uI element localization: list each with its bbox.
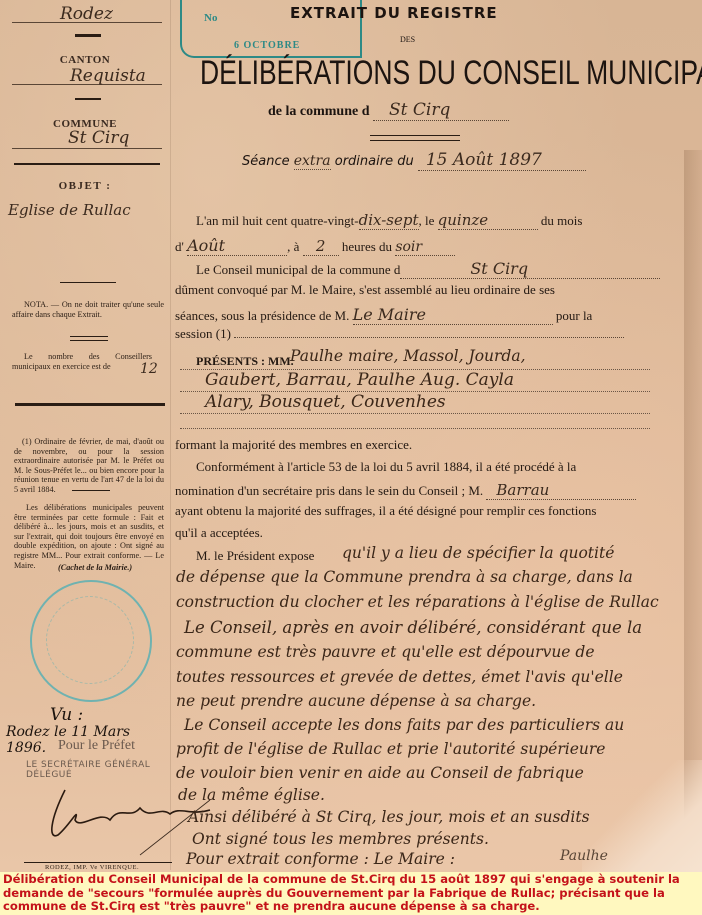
- session-text: session (1): [175, 326, 231, 341]
- body-line-conseil: Le Conseil municipal de la commune dSt C…: [196, 259, 676, 279]
- presents-names-2: Gaubert, Barrau, Paulhe Aug. Cayla: [205, 370, 514, 390]
- nomination-text: nomination d'un secrétaire pris dans le …: [175, 483, 483, 498]
- hour-handwritten: 2: [303, 237, 339, 256]
- expose-line-2: de dépense que la Commune prendra à sa c…: [176, 568, 633, 586]
- conseillers-count: 12: [140, 361, 158, 377]
- body-line-convoque: dûment convoqué par M. le Maire, s'est a…: [175, 282, 655, 298]
- presents-names-3: Alary, Bousquet, Couvenhes: [205, 392, 446, 412]
- conformement-line-3: ayant obtenu la majorité des suffrages, …: [175, 503, 655, 519]
- day-handwritten: quinze: [438, 211, 538, 230]
- expose-line-10: de vouloir bien venir en aide au Conseil…: [176, 764, 584, 782]
- ornament-rule: [72, 490, 110, 491]
- dotted-line: [180, 390, 650, 392]
- majorite-line: formant la majorité des membres en exerc…: [175, 437, 655, 453]
- objet-label: OBJET :: [0, 180, 170, 192]
- body-line-year: L'an mil huit cent quatre-vingt-dix-sept…: [196, 211, 676, 230]
- seance-type-handwritten: extra: [294, 153, 331, 170]
- time-of-day-label: heures du: [342, 239, 392, 254]
- commune-value: St Cirq: [68, 128, 129, 148]
- session-blank: [234, 337, 624, 338]
- pour-la-text: pour la: [556, 308, 592, 323]
- mairie-seal-stamp: [30, 580, 152, 702]
- expose-line-11: de la même église.: [178, 786, 325, 804]
- image-caption: Délibération du Conseil Municipal de la …: [0, 872, 702, 915]
- year-handwritten: dix-sept: [359, 211, 419, 230]
- conformement-line-2: nomination d'un secrétaire pris dans le …: [175, 481, 655, 500]
- conseil-commune-handwritten: St Cirq: [400, 259, 660, 279]
- commune-label-text: de la commune d: [268, 104, 370, 119]
- seance-ordinaire-label: ordinaire du: [335, 154, 414, 169]
- time-of-day-handwritten: soir: [395, 239, 455, 256]
- footnote-formule: Les délibérations municipales peuvent êt…: [14, 503, 164, 570]
- conformement-line-1: Conformément à l'article 53 de la loi du…: [196, 459, 676, 475]
- presents-label: PRÉSENTS : MM.: [196, 354, 294, 368]
- approval-vu: Vu :: [50, 705, 83, 725]
- presents-names-1: Paulhe maire, Massol, Jourda,: [290, 347, 526, 365]
- ornament-rule: [75, 98, 101, 100]
- body-line-month: d' Août, à 2 heures du soir: [175, 236, 655, 256]
- hour-label: , à: [287, 239, 299, 254]
- dotted-line: [180, 412, 650, 414]
- presidence-text: séances, sous la présidence de M.: [175, 308, 349, 323]
- footnote-session: (1) Ordinaire de février, de mai, d'août…: [14, 437, 164, 495]
- header-des: DES: [400, 35, 415, 44]
- seance-date: 15 Août 1897: [418, 150, 586, 171]
- conseil-text: Le Conseil municipal de la commune d: [196, 262, 400, 277]
- column-divider: [170, 0, 171, 870]
- day-label: , le: [419, 213, 435, 228]
- expose-line-8: Le Conseil accepte les dons faits par de…: [184, 716, 624, 734]
- header-double-rule: [370, 135, 460, 141]
- stamp-number-label: No: [204, 12, 217, 24]
- dotted-line: [180, 427, 650, 429]
- month-label: du mois: [541, 213, 583, 228]
- document-page: No 6 OCTOBRE Rodez CANTON Requista COMMU…: [0, 0, 702, 872]
- pour-extrait-line: Pour extrait conforme : Le Maire :: [186, 850, 455, 868]
- conformement-line-4: qu'il a acceptées.: [175, 525, 655, 541]
- body-line-session: session (1): [175, 326, 655, 342]
- ornament-rule: [60, 282, 116, 283]
- conseillers-text: Le nombre des Conseillers municipaux en …: [12, 352, 152, 371]
- printer-rule: [24, 862, 172, 863]
- maire-signature: Paulhe: [560, 848, 608, 864]
- printer-imprint: RODEZ, IMP. Ve VIRENQUE.: [45, 864, 139, 871]
- body-line-presidence: séances, sous la présidence de M. Le Mai…: [175, 305, 655, 325]
- double-rule: [70, 336, 108, 341]
- objet-value: Eglise de Rullac: [8, 201, 131, 219]
- arrondissement-value: Rodez: [60, 4, 113, 24]
- pour-le-prefet: Pour le Préfet: [58, 738, 135, 754]
- commune-line: [12, 148, 162, 149]
- expose-line-1: qu'il y a lieu de spécifier la quotité: [342, 544, 614, 562]
- section-rule: [14, 163, 160, 165]
- conclusion-line-2: Ont signé tous les membres présents.: [192, 830, 489, 848]
- year-text: L'an mil huit cent quatre-vingt-: [196, 213, 359, 228]
- seance-label: Séance: [242, 154, 290, 169]
- month-handwritten: Août: [187, 236, 287, 256]
- expose-line-6: toutes ressources et grevée de dettes, é…: [176, 668, 623, 686]
- month-prefix: d': [175, 239, 184, 254]
- canton-label: CANTON: [0, 54, 170, 66]
- cachet-label: (Cachet de la Mairie.): [58, 563, 132, 573]
- secretaire-handwritten: Barrau: [486, 481, 636, 500]
- header-commune-value: St Cirq: [373, 100, 509, 121]
- expose-line-7: ne peut prendre aucune dépense à sa char…: [176, 692, 536, 710]
- conclusion-line-1: Ainsi délibéré à St Cirq, les jour, mois…: [188, 808, 590, 826]
- header-extrait-title: EXTRAIT DU REGISTRE: [290, 4, 498, 22]
- seance-line: Séance extra ordinaire du 15 Août 1897: [242, 150, 586, 171]
- expose-line-4: Le Conseil, après en avoir délibéré, con…: [184, 618, 642, 637]
- canton-value: Requista: [70, 66, 146, 86]
- dotted-line: [180, 368, 650, 370]
- thick-rule: [15, 403, 165, 406]
- expose-line-9: profit de l'église de Rullac et prie l'a…: [176, 740, 605, 758]
- president-handwritten: Le Maire: [353, 305, 553, 325]
- header-commune-label: de la commune d St Cirq: [268, 100, 509, 121]
- nota-text: NOTA. — On ne doit traiter qu'une seule …: [12, 300, 164, 319]
- expose-line-3: construction du clocher et les réparatio…: [176, 593, 659, 611]
- stamp-date: 6 OCTOBRE: [234, 40, 300, 51]
- ornament-rule: [75, 34, 101, 37]
- page-title: DÉLIBÉRATIONS DU CONSEIL MUNICIPAL: [200, 54, 702, 93]
- expose-line-5: commune est très pauvre et qu'elle est d…: [176, 643, 595, 661]
- seal-inner-ring: [46, 596, 134, 684]
- secretaire-general-stamp: LE SECRÉTAIRE GÉNÉRAL DÉLÉGUÉ: [26, 760, 170, 780]
